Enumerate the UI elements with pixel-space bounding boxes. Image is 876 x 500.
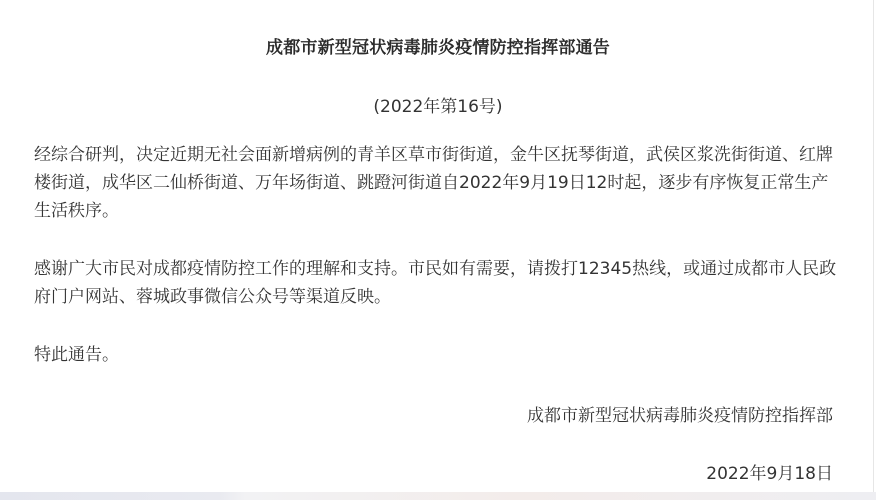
notice-document: 成都市新型冠状病毒肺炎疫情防控指挥部通告 (2022年第16号) 经综合研判，决… xyxy=(0,0,874,492)
paragraph-reopening: 经综合研判，决定近期无社会面新增病例的青羊区草市街街道，金牛区抚琴街道，武侯区浆… xyxy=(34,141,834,225)
paragraph-line: 特此通告。 xyxy=(34,341,834,369)
paragraph-line: 生活秩序。 xyxy=(34,197,834,225)
paragraph-line: 感谢广大市民对成都疫情防控工作的理解和支持。市民如有需要，请拨打12345热线，… xyxy=(34,255,834,283)
paragraph-line: 经综合研判，决定近期无社会面新增病例的青羊区草市街街道，金牛区抚琴街道，武侯区浆… xyxy=(34,141,834,169)
notice-title: 成都市新型冠状病毒肺炎疫情防控指挥部通告 xyxy=(0,33,876,58)
issuer-signature: 成都市新型冠状病毒肺炎疫情防控指挥部 xyxy=(527,401,833,426)
paragraph-closing: 特此通告。 xyxy=(34,341,834,369)
notice-number: (2022年第16号) xyxy=(0,92,876,117)
issue-date: 2022年9月18日 xyxy=(706,459,833,484)
paragraph-line: 楼街道，成华区二仙桥街道、万年场街道、跳蹬河街道自2022年9月19日12时起，… xyxy=(34,169,834,197)
bottom-edge-strip xyxy=(0,492,876,500)
paragraph-line: 府门户网站、蓉城政事微信公众号等渠道反映。 xyxy=(34,283,834,311)
paragraph-thanks: 感谢广大市民对成都疫情防控工作的理解和支持。市民如有需要，请拨打12345热线，… xyxy=(34,255,834,311)
